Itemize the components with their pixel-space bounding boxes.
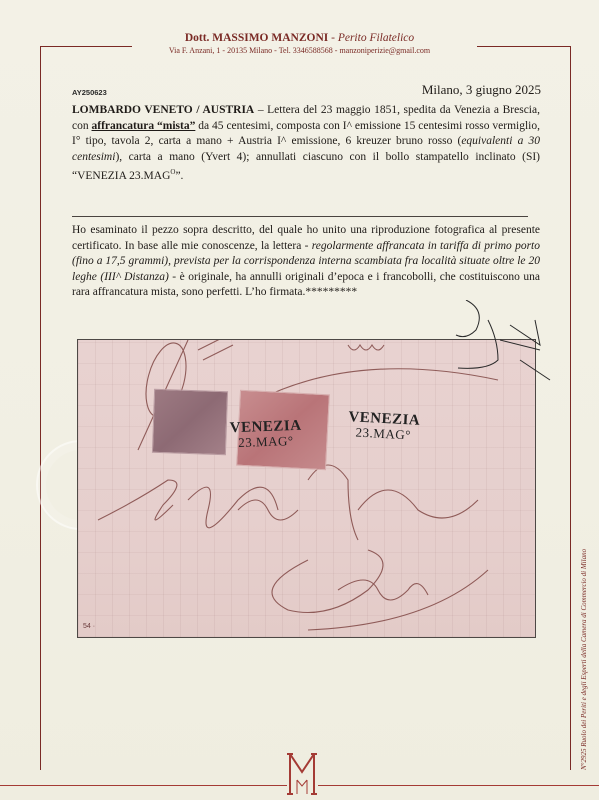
certificate-date: Milano, 3 giugno 2025 — [422, 82, 541, 98]
expert-name: Dott. MASSIMO MANZONI - Perito Filatelic… — [0, 31, 599, 45]
footer-rule — [318, 785, 599, 786]
letter-note: 54 · — [83, 623, 95, 630]
certificate-id: AY250623 — [72, 88, 107, 97]
item-description: LOMBARDO VENETO / AUSTRIA – Lettera del … — [72, 103, 540, 184]
frame-border — [40, 46, 41, 770]
certificate-page: Dott. MASSIMO MANZONI - Perito Filatelic… — [0, 0, 599, 800]
expert-signature — [430, 300, 570, 410]
postmark: VENEZIA 23.MAG° — [347, 410, 420, 443]
monogram-logo — [287, 752, 317, 796]
frame-border — [570, 46, 571, 770]
section-divider — [72, 216, 528, 217]
postmark: VENEZIA 23.MAG° — [230, 419, 303, 450]
expert-address: Via F. Anzani, 1 - 20135 Milano - Tel. 3… — [0, 45, 599, 57]
footer-rule — [0, 785, 287, 786]
stamp-austria-6kr — [152, 389, 228, 456]
letterhead: Dott. MASSIMO MANZONI - Perito Filatelic… — [0, 31, 599, 57]
expert-opinion: Ho esaminato il pezzo sopra descritto, d… — [72, 223, 540, 301]
